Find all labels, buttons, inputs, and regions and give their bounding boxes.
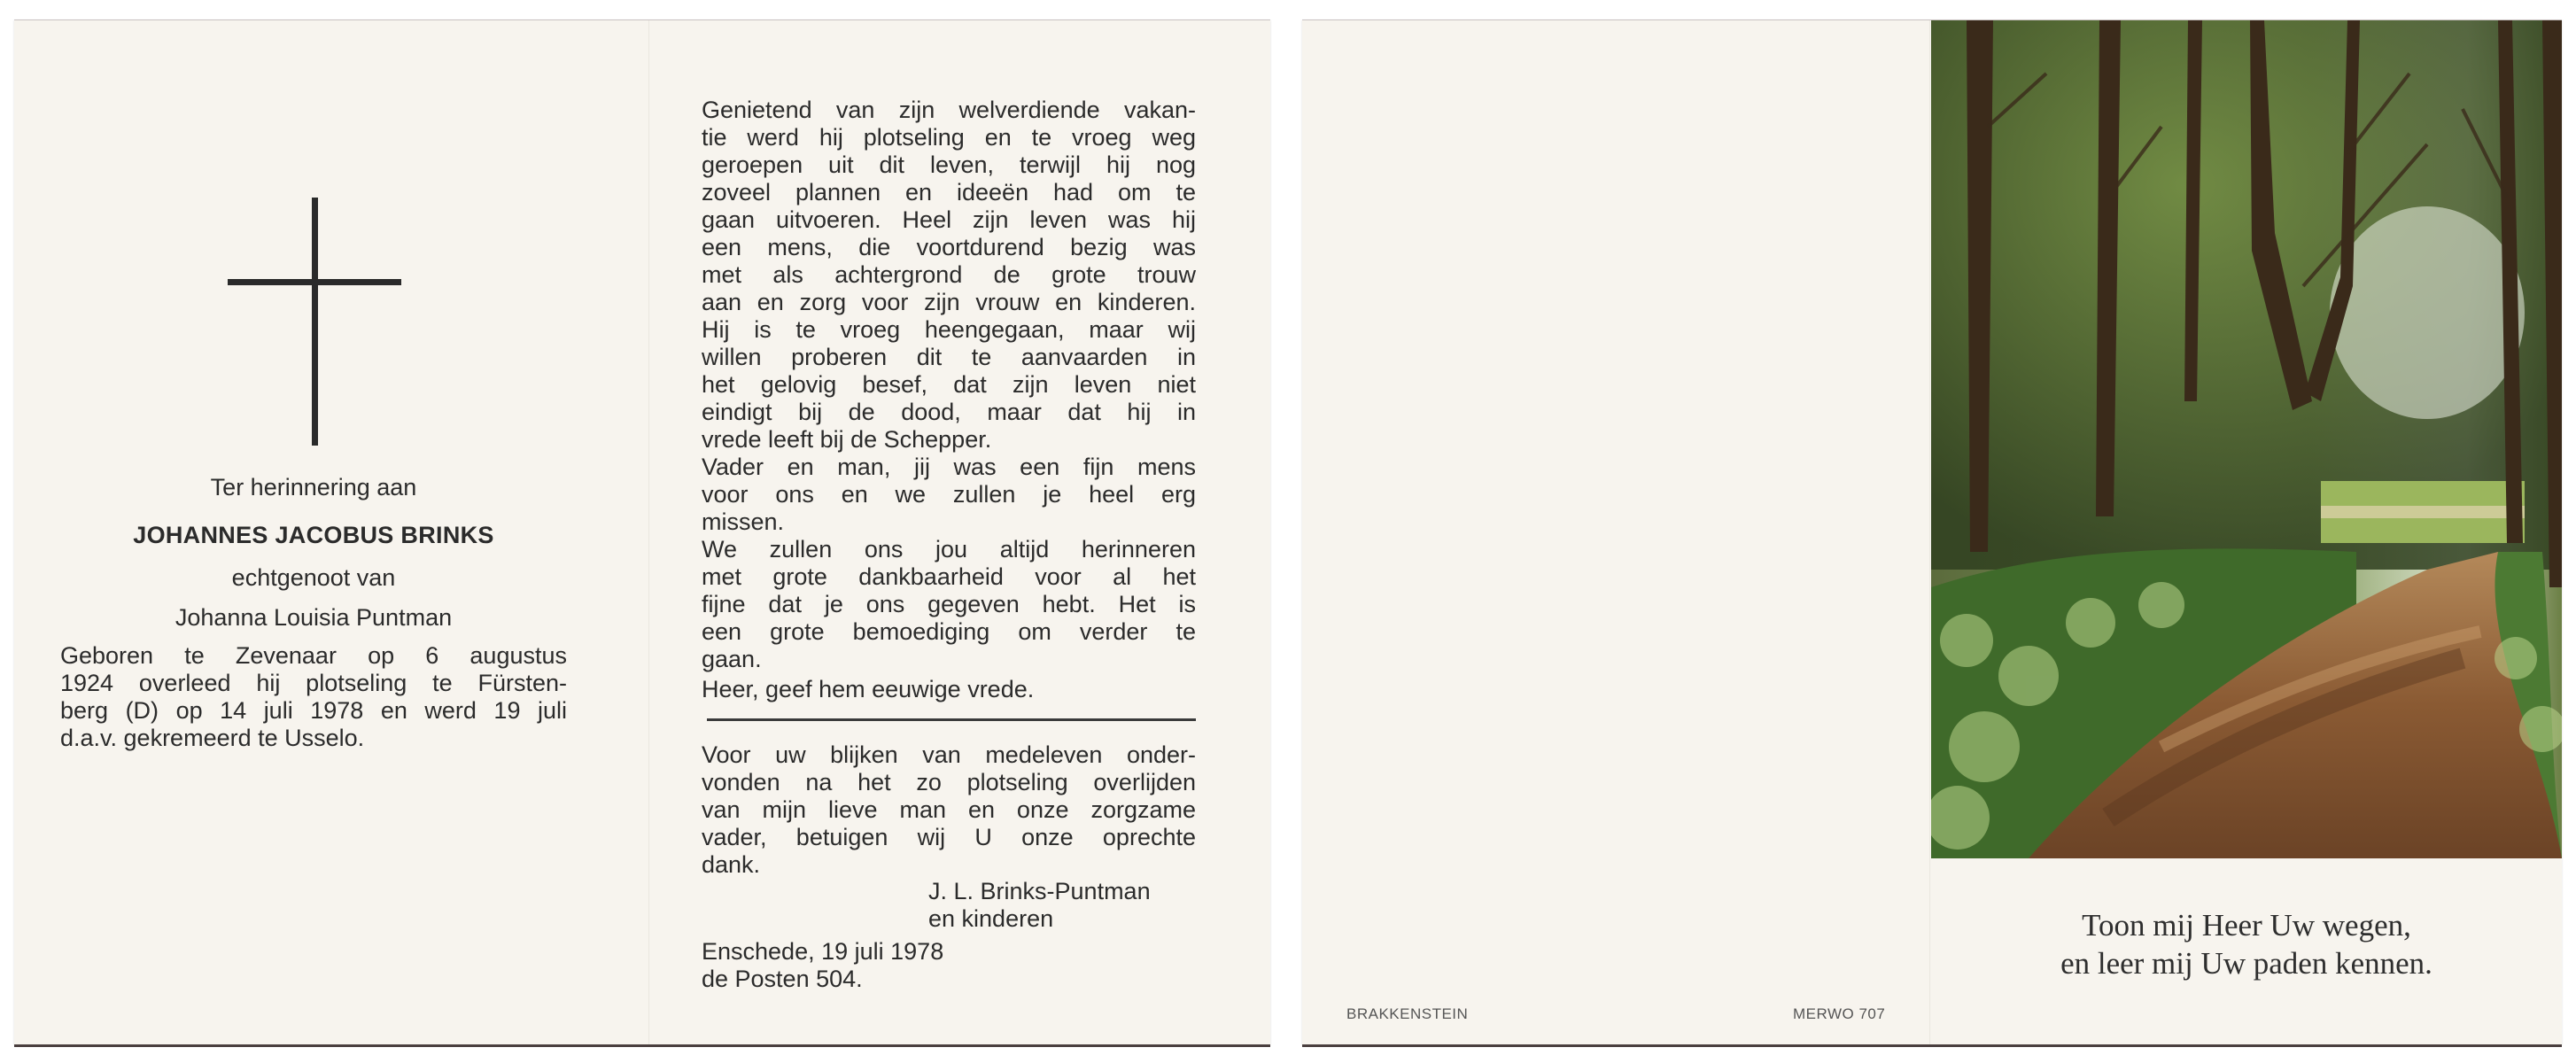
verse-line: fijne dat je ons gegeven hebt. Het is xyxy=(702,591,1196,618)
verse-line: zoveel plannen en ideeën had om te xyxy=(702,179,1196,206)
thanks-line: vader, betuigen wij U onze oprechte xyxy=(702,824,1196,851)
bio-line: 1924 overleed hij plotseling te Fürsten- xyxy=(60,670,567,697)
verse-line: het gelovig besef, dat zijn leven niet xyxy=(702,371,1196,399)
deceased-name: JOHANNES JACOBUS BRINKS xyxy=(14,522,613,549)
verse-line: gaan uitvoeren. Heel zijn leven was hij xyxy=(702,206,1196,234)
memorial-verse: Genietend van zijn welverdiende vakan- t… xyxy=(702,97,1196,703)
verse-line: tie werd hij plotseling en te vroeg weg xyxy=(702,124,1196,151)
verse-line: met grote dankbaarheid voor al het xyxy=(702,563,1196,591)
address: Enschede, 19 juli 1978 de Posten 504. xyxy=(702,938,943,993)
verse-line: missen. xyxy=(702,508,1196,536)
thanks-line: dank. xyxy=(702,851,1196,879)
spouse-name: Johanna Louisia Puntman xyxy=(14,604,613,632)
thanks-line: Voor uw blijken van medeleven onder- xyxy=(702,741,1196,769)
memorial-card-outside: BRAKKENSTEIN MERWO 707 xyxy=(1302,19,2562,1044)
verse-line: eindigt bij de dood, maar dat hij in xyxy=(702,399,1196,426)
card-fold xyxy=(648,20,650,1044)
verse-line: een mens, die voortdurend bezig was xyxy=(702,234,1196,261)
thanks-line: vonden na het zo plotseling overlijden xyxy=(702,769,1196,796)
bio-line: d.a.v. gekremeerd te Usselo. xyxy=(60,725,567,752)
forest-path-image xyxy=(1931,20,2562,858)
verse-line: gaan. xyxy=(702,646,1196,673)
address-line: de Posten 504. xyxy=(702,966,943,993)
verse-line: Hij is te vroeg heengegaan, maar wij xyxy=(702,316,1196,344)
verse-line: vrede leeft bij de Schepper. xyxy=(702,426,1196,454)
prayer-line: en leer mij Uw paden kennen. xyxy=(1931,944,2562,982)
front-panel: Ter herinnering aan JOHANNES JACOBUS BRI… xyxy=(14,20,648,1044)
thanks-line: van mijn lieve man en onze zorgzame xyxy=(702,796,1196,824)
address-line: Enschede, 19 juli 1978 xyxy=(702,938,943,966)
signature-line: en kinderen xyxy=(928,905,1151,933)
verse-line: willen proberen dit te aanvaarden in xyxy=(702,344,1196,371)
verse-line: een grote bemoediging om verder te xyxy=(702,618,1196,646)
bio-line: berg (D) op 14 juli 1978 en werd 19 juli xyxy=(60,697,567,725)
prayer-text: Toon mij Heer Uw wegen, en leer mij Uw p… xyxy=(1931,906,2562,982)
verse-line: met als achtergrond de grote trouw xyxy=(702,261,1196,289)
forest-path-photo xyxy=(1931,20,2562,858)
signature-line: J. L. Brinks-Puntman xyxy=(928,878,1151,905)
bio-line: Geboren te Zevenaar op 6 augustus xyxy=(60,642,567,670)
thanks-message: Voor uw blijken van medeleven onder- von… xyxy=(702,741,1196,879)
verse-line: Heer, geef hem eeuwige vrede. xyxy=(702,676,1196,703)
divider xyxy=(707,718,1196,721)
printer-name: BRAKKENSTEIN xyxy=(1346,1005,1468,1023)
biography: Geboren te Zevenaar op 6 augustus 1924 o… xyxy=(60,642,567,752)
verse-line: Vader en man, jij was een fijn mens xyxy=(702,454,1196,481)
verse-line: aan en zorg voor zijn vrouw en kinderen. xyxy=(702,289,1196,316)
signature: J. L. Brinks-Puntman en kinderen xyxy=(928,878,1151,933)
verse-line: geroepen uit dit leven, terwijl hij nog xyxy=(702,151,1196,179)
verse-line: Genietend van zijn welverdiende vakan- xyxy=(702,97,1196,124)
verse-line: We zullen ons jou altijd herinneren xyxy=(702,536,1196,563)
series-number: MERWO 707 xyxy=(1793,1005,1885,1023)
in-memory-heading: Ter herinnering aan xyxy=(14,474,613,501)
spouse-label: echtgenoot van xyxy=(14,564,613,592)
prayer-line: Toon mij Heer Uw wegen, xyxy=(1931,906,2562,944)
memorial-card-inside: Ter herinnering aan JOHANNES JACOBUS BRI… xyxy=(14,19,1270,1044)
verse-line: voor ons en we zullen je heel erg xyxy=(702,481,1196,508)
cross-icon xyxy=(228,198,401,446)
